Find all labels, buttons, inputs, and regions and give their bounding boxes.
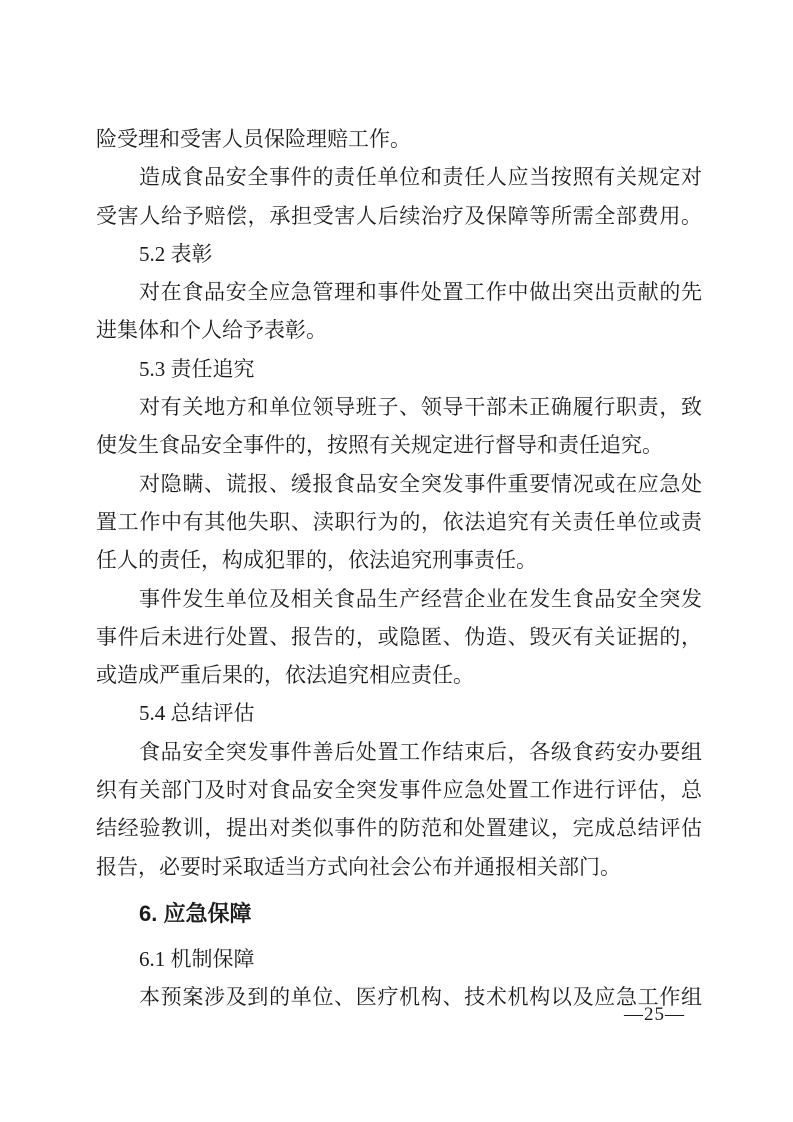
text-line: 对隐瞒、谎报、缓报食品安全突发事件重要情况或在应急处 bbox=[96, 465, 702, 503]
text-line: 任人的责任，构成犯罪的，依法追究刑事责任。 bbox=[96, 541, 702, 579]
text-line: 事件发生单位及相关食品生产经营企业在发生食品安全突发 bbox=[96, 580, 702, 618]
text-line: 险受理和受害人员保险理赔工作。 bbox=[96, 120, 702, 158]
document-page: 险受理和受害人员保险理赔工作。造成食品安全事件的责任单位和责任人应当按照有关规定… bbox=[0, 0, 793, 1122]
text-line: 本预案涉及到的单位、医疗机构、技术机构以及应急工作组 bbox=[96, 978, 702, 1016]
text-line: 对在食品安全应急管理和事件处置工作中做出突出贡献的先 bbox=[96, 273, 702, 311]
text-line: 置工作中有其他失职、渎职行为的，依法追究有关责任单位或责 bbox=[96, 503, 702, 541]
text-line: 食品安全突发事件善后处置工作结束后，各级食药安办要组 bbox=[96, 733, 702, 771]
text-line: 织有关部门及时对食品安全突发事件应急处置工作进行评估，总 bbox=[96, 771, 702, 809]
subsection-heading: 5.2 表彰 bbox=[96, 235, 702, 273]
section-heading: 6. 应急保障 bbox=[96, 894, 702, 934]
text-line: 使发生食品安全事件的，按照有关规定进行督导和责任追究。 bbox=[96, 426, 702, 464]
text-line: 或造成严重后果的，依法追究相应责任。 bbox=[96, 656, 702, 694]
page-number: —25— bbox=[624, 1004, 685, 1026]
subsection-heading: 6.1 机制保障 bbox=[96, 940, 702, 978]
text-line: 进集体和个人给予表彰。 bbox=[96, 311, 702, 349]
text-line: 报告，必要时采取适当方式向社会公布并通报相关部门。 bbox=[96, 848, 702, 886]
text-line: 事件后未进行处置、报告的，或隐匿、伪造、毁灭有关证据的， bbox=[96, 618, 702, 656]
text-line: 对有关地方和单位领导班子、领导干部未正确履行职责，致 bbox=[96, 388, 702, 426]
text-line: 结经验教训，提出对类似事件的防范和处置建议，完成总结评估 bbox=[96, 809, 702, 847]
subsection-heading: 5.3 责任追究 bbox=[96, 350, 702, 388]
text-line: 受害人给予赔偿，承担受害人后续治疗及保障等所需全部费用。 bbox=[96, 197, 702, 235]
subsection-heading: 5.4 总结评估 bbox=[96, 694, 702, 732]
text-line: 造成食品安全事件的责任单位和责任人应当按照有关规定对 bbox=[96, 158, 702, 196]
document-lines: 险受理和受害人员保险理赔工作。造成食品安全事件的责任单位和责任人应当按照有关规定… bbox=[96, 120, 702, 1017]
